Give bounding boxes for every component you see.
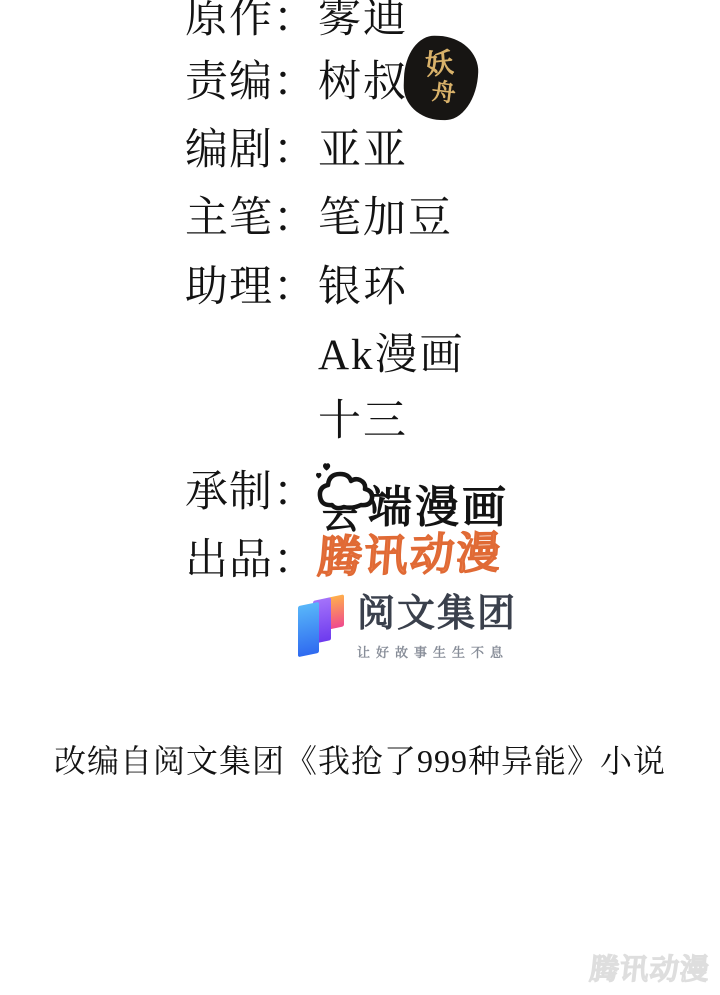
credit-label: 承制： [185, 470, 318, 516]
credit-row-assistant-2: Ak漫画 [185, 333, 465, 379]
credit-value: 十三 [318, 399, 408, 445]
yuewen-group-logo: 阅文集团 让好故事生生不息 [298, 595, 517, 661]
yuewen-text-block: 阅文集团 让好故事生生不息 [357, 595, 517, 661]
cloud-studio-logo: 云 端漫画 [318, 470, 509, 528]
credit-row-editor: 责编： 树叔 [185, 60, 408, 106]
credit-value: 雾迪 [318, 0, 408, 42]
credit-value: 笔加豆 [318, 196, 453, 242]
credit-row-publisher: 出品： 腾讯动漫 [185, 538, 502, 584]
comic-credits-page: 原作： 雾迪 责编： 树叔 编剧： 亚亚 主笔： 笔加豆 助理： 银环 Ak漫画… [0, 0, 720, 995]
credit-value: 亚亚 [318, 128, 408, 174]
credit-value: 银环 [318, 265, 408, 311]
credit-row-screenwriter: 编剧： 亚亚 [185, 128, 408, 174]
credit-label: 主笔： [185, 196, 318, 242]
credit-value: 树叔 [318, 60, 408, 106]
book-page-blue [298, 602, 319, 657]
tencent-comics-watermark: 腾讯动漫 [588, 947, 712, 988]
yuewen-tagline: 让好故事生生不息 [357, 642, 517, 661]
book-pages-icon [298, 595, 348, 659]
credit-row-original-author: 原作： 雾迪 [185, 0, 408, 42]
credit-value: Ak漫画 [318, 333, 465, 379]
credit-label: 助理： [185, 265, 318, 311]
cloud-logo-text: 端漫画 [368, 486, 509, 530]
credit-label: 原作： [185, 0, 318, 42]
adaptation-note: 改编自阅文集团《我抢了999种异能》小说 [0, 736, 720, 782]
cloud-icon [314, 458, 376, 516]
seal-char-bottom: 舟 [430, 80, 457, 107]
credit-row-lead-artist: 主笔： 笔加豆 [185, 196, 453, 242]
yuewen-name: 阅文集团 [357, 595, 517, 635]
yaozhou-ink-seal: 妖 舟 [403, 35, 480, 122]
seal-char-top: 妖 [424, 50, 455, 81]
credit-row-producer: 承制： 云 端漫画 [185, 470, 509, 528]
credit-label: 出品： [185, 538, 318, 584]
cloud-logo-first-char: 云 [318, 470, 368, 528]
credit-row-assistant-3: 十三 [185, 399, 408, 445]
credit-row-assistant: 助理： 银环 [185, 265, 408, 311]
credit-label: 责编： [185, 60, 318, 106]
credit-label: 编剧： [185, 128, 318, 174]
tencent-comics-logo: 腾讯动漫 [316, 531, 504, 582]
